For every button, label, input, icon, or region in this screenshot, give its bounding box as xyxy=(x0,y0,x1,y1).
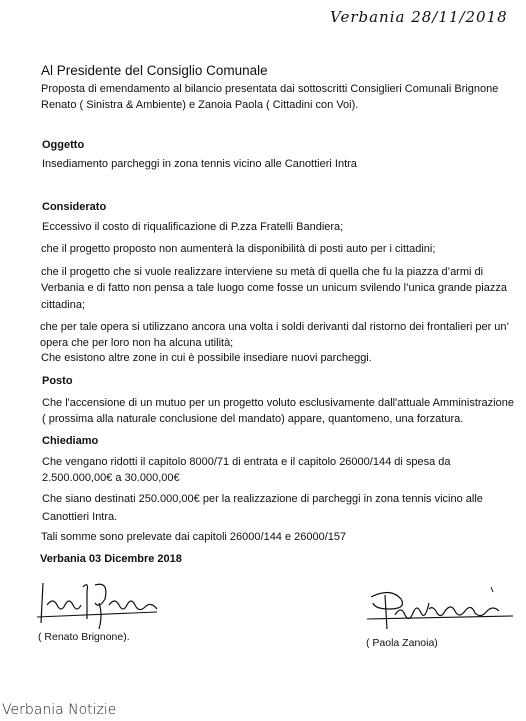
chiediamo-p2-l1: Che siano destinati 250.000,00€ per la r… xyxy=(42,492,483,507)
chiediamo-p3: Tali somme sono prelevate dai capitoli 2… xyxy=(41,530,346,545)
addressee: Al Presidente del Consiglio Comunale xyxy=(41,63,268,78)
signature-name-zanoia: ( Paola Zanoia) xyxy=(366,637,438,649)
handwritten-date: Verbania 28/11/2018 xyxy=(330,8,508,26)
heading-chiediamo: Chiediamo xyxy=(42,434,98,449)
intro-line-1: Proposta di emendamento al bilancio pres… xyxy=(41,82,498,97)
posto-l2: ( prossima alla naturale conclusione del… xyxy=(42,412,463,427)
considerato-p2: che il progetto proposto non aumenterà l… xyxy=(41,242,435,257)
considerato-p4-l2: opera che per loro non ha alcuna utilità… xyxy=(40,336,233,351)
oggetto-text: Insediamento parcheggi in zona tennis vi… xyxy=(42,157,357,172)
intro-line-2: Renato ( Sinistra & Ambiente) e Zanoia P… xyxy=(41,98,358,113)
signature-zanoia xyxy=(365,585,515,645)
place-date: Verbania 03 Dicembre 2018 xyxy=(40,552,182,567)
posto-l1: Che l'accensione di un mutuo per un prog… xyxy=(42,396,514,411)
considerato-p4-l1: che per tale opera si utilizzano ancora … xyxy=(40,320,509,335)
signature-name-brignone: ( Renato Brignone). xyxy=(38,631,130,643)
heading-considerato: Considerato xyxy=(42,200,106,215)
considerato-p5: Che esistono altre zone in cui è possibi… xyxy=(41,351,372,366)
heading-oggetto: Oggetto xyxy=(42,138,84,153)
considerato-p3-l1: che il progetto che si vuole realizzare … xyxy=(41,265,483,280)
considerato-p3-l2: Verbania e di fatto non pensa a tale luo… xyxy=(41,281,507,296)
heading-posto: Posto xyxy=(42,374,73,389)
chiediamo-p2-l2: Canottieri Intra. xyxy=(42,510,117,525)
considerato-p3-l3: cittadina; xyxy=(41,298,85,313)
footer-watermark: Verbania Notizie xyxy=(2,702,116,718)
chiediamo-p1-l2: 2.500.000,00€ a 30.000,00€ xyxy=(42,471,180,486)
signature-brignone xyxy=(35,575,175,635)
chiediamo-p1-l1: Che vengano ridotti il capitolo 8000/71 … xyxy=(42,455,451,470)
considerato-p1: Eccessivo il costo di riqualificazione d… xyxy=(42,220,343,235)
